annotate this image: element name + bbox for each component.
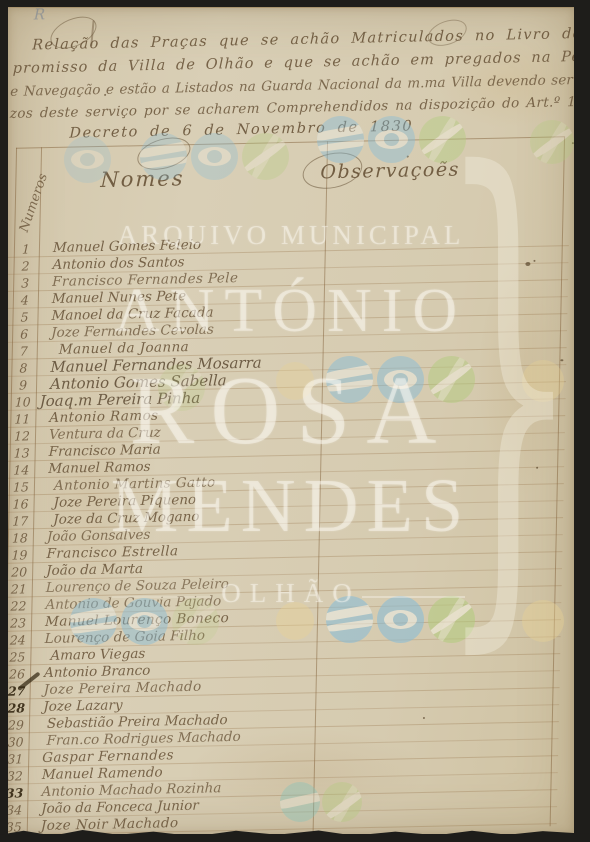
row-number: 9 — [10, 377, 36, 393]
row-number: 10 — [10, 394, 36, 410]
row-number: 7 — [11, 343, 37, 359]
name-list: 1Manuel Gomes Feleio2Antonio dos Santos3… — [8, 229, 569, 834]
row-number: 21 — [8, 581, 32, 597]
row-name: Antonio Ramos — [49, 409, 158, 426]
row-number: 30 — [8, 734, 29, 750]
row-number: 4 — [12, 292, 38, 308]
row-number: 11 — [9, 411, 35, 427]
document-page: R Relação das Praças que se achão Matric… — [8, 7, 574, 834]
page-content: R Relação das Praças que se achão Matric… — [8, 7, 574, 834]
row-number: 32 — [8, 768, 28, 784]
row-name: Manuel Nunes Pete — [52, 289, 186, 307]
row-name: Amaro Viegas — [50, 647, 145, 664]
row-name: Antonio dos Santos — [52, 255, 184, 273]
row-number: 12 — [9, 428, 35, 444]
row-number: 1 — [13, 241, 39, 257]
row-number: 33 — [8, 785, 28, 801]
row-number: 8 — [10, 360, 36, 376]
header-line: Decreto de 6 de Novembro de 1830 — [69, 118, 413, 141]
row-number: 24 — [8, 632, 31, 648]
row-name: João Gonsalves — [47, 528, 151, 545]
header-line: promisso da Villa de Olhão e que se achã… — [13, 48, 574, 77]
row-number: 31 — [8, 751, 28, 767]
row-number: 13 — [9, 445, 35, 461]
row-name: Francisco Maria — [49, 443, 161, 460]
row-name: Manuel Ramos — [48, 460, 151, 477]
row-number: 22 — [8, 598, 32, 614]
scan-border-right — [574, 0, 590, 842]
scanned-document: R Relação das Praças que se achão Matric… — [0, 0, 590, 842]
row-number: 3 — [12, 275, 38, 291]
observations-column-header: Observaçoẽs — [320, 158, 460, 183]
ink-speck — [407, 156, 409, 158]
row-number: 23 — [8, 615, 31, 631]
row-number: 19 — [8, 547, 33, 563]
row-name: Joze Lazary — [43, 698, 123, 715]
row-name: Manuel Gomes Feleio — [53, 238, 201, 256]
names-column-header: Nomes — [100, 166, 185, 192]
ink-speck — [423, 717, 425, 719]
row-name: Joze Pereira Piqueno — [53, 493, 196, 511]
row-name: Ventura da Cruz — [49, 426, 161, 443]
row-observation — [178, 823, 556, 831]
row-number: 29 — [8, 717, 29, 733]
row-number: 5 — [11, 309, 37, 325]
row-name: Francisco Estrella — [46, 544, 178, 562]
header-line: Relação das Praças que se achão Matricul… — [32, 25, 574, 54]
row-number: 28 — [8, 700, 29, 716]
row-number: 34 — [8, 802, 27, 818]
row-name: Gaspar Fernandes — [42, 748, 174, 766]
scan-border-left — [0, 0, 8, 842]
row-number: 17 — [8, 513, 33, 529]
row-name: Joze da Cruz Mogano — [53, 510, 200, 528]
row-name: João da Marta — [46, 562, 143, 579]
row-number: 14 — [8, 462, 34, 478]
row-name: Manuel Ramendo — [42, 765, 163, 783]
row-number: 20 — [8, 564, 32, 580]
row-number: 2 — [12, 258, 38, 274]
row-name: Joze Noir Machado — [41, 816, 179, 834]
row-name: Antonio Branco — [44, 664, 151, 681]
pencil-corner-mark: R — [34, 7, 46, 23]
row-number: 18 — [8, 530, 33, 546]
row-number: 25 — [8, 649, 31, 665]
row-number: 15 — [8, 479, 34, 495]
row-number: 16 — [8, 496, 34, 512]
row-number: 6 — [11, 326, 37, 342]
scan-border-top — [0, 0, 590, 7]
